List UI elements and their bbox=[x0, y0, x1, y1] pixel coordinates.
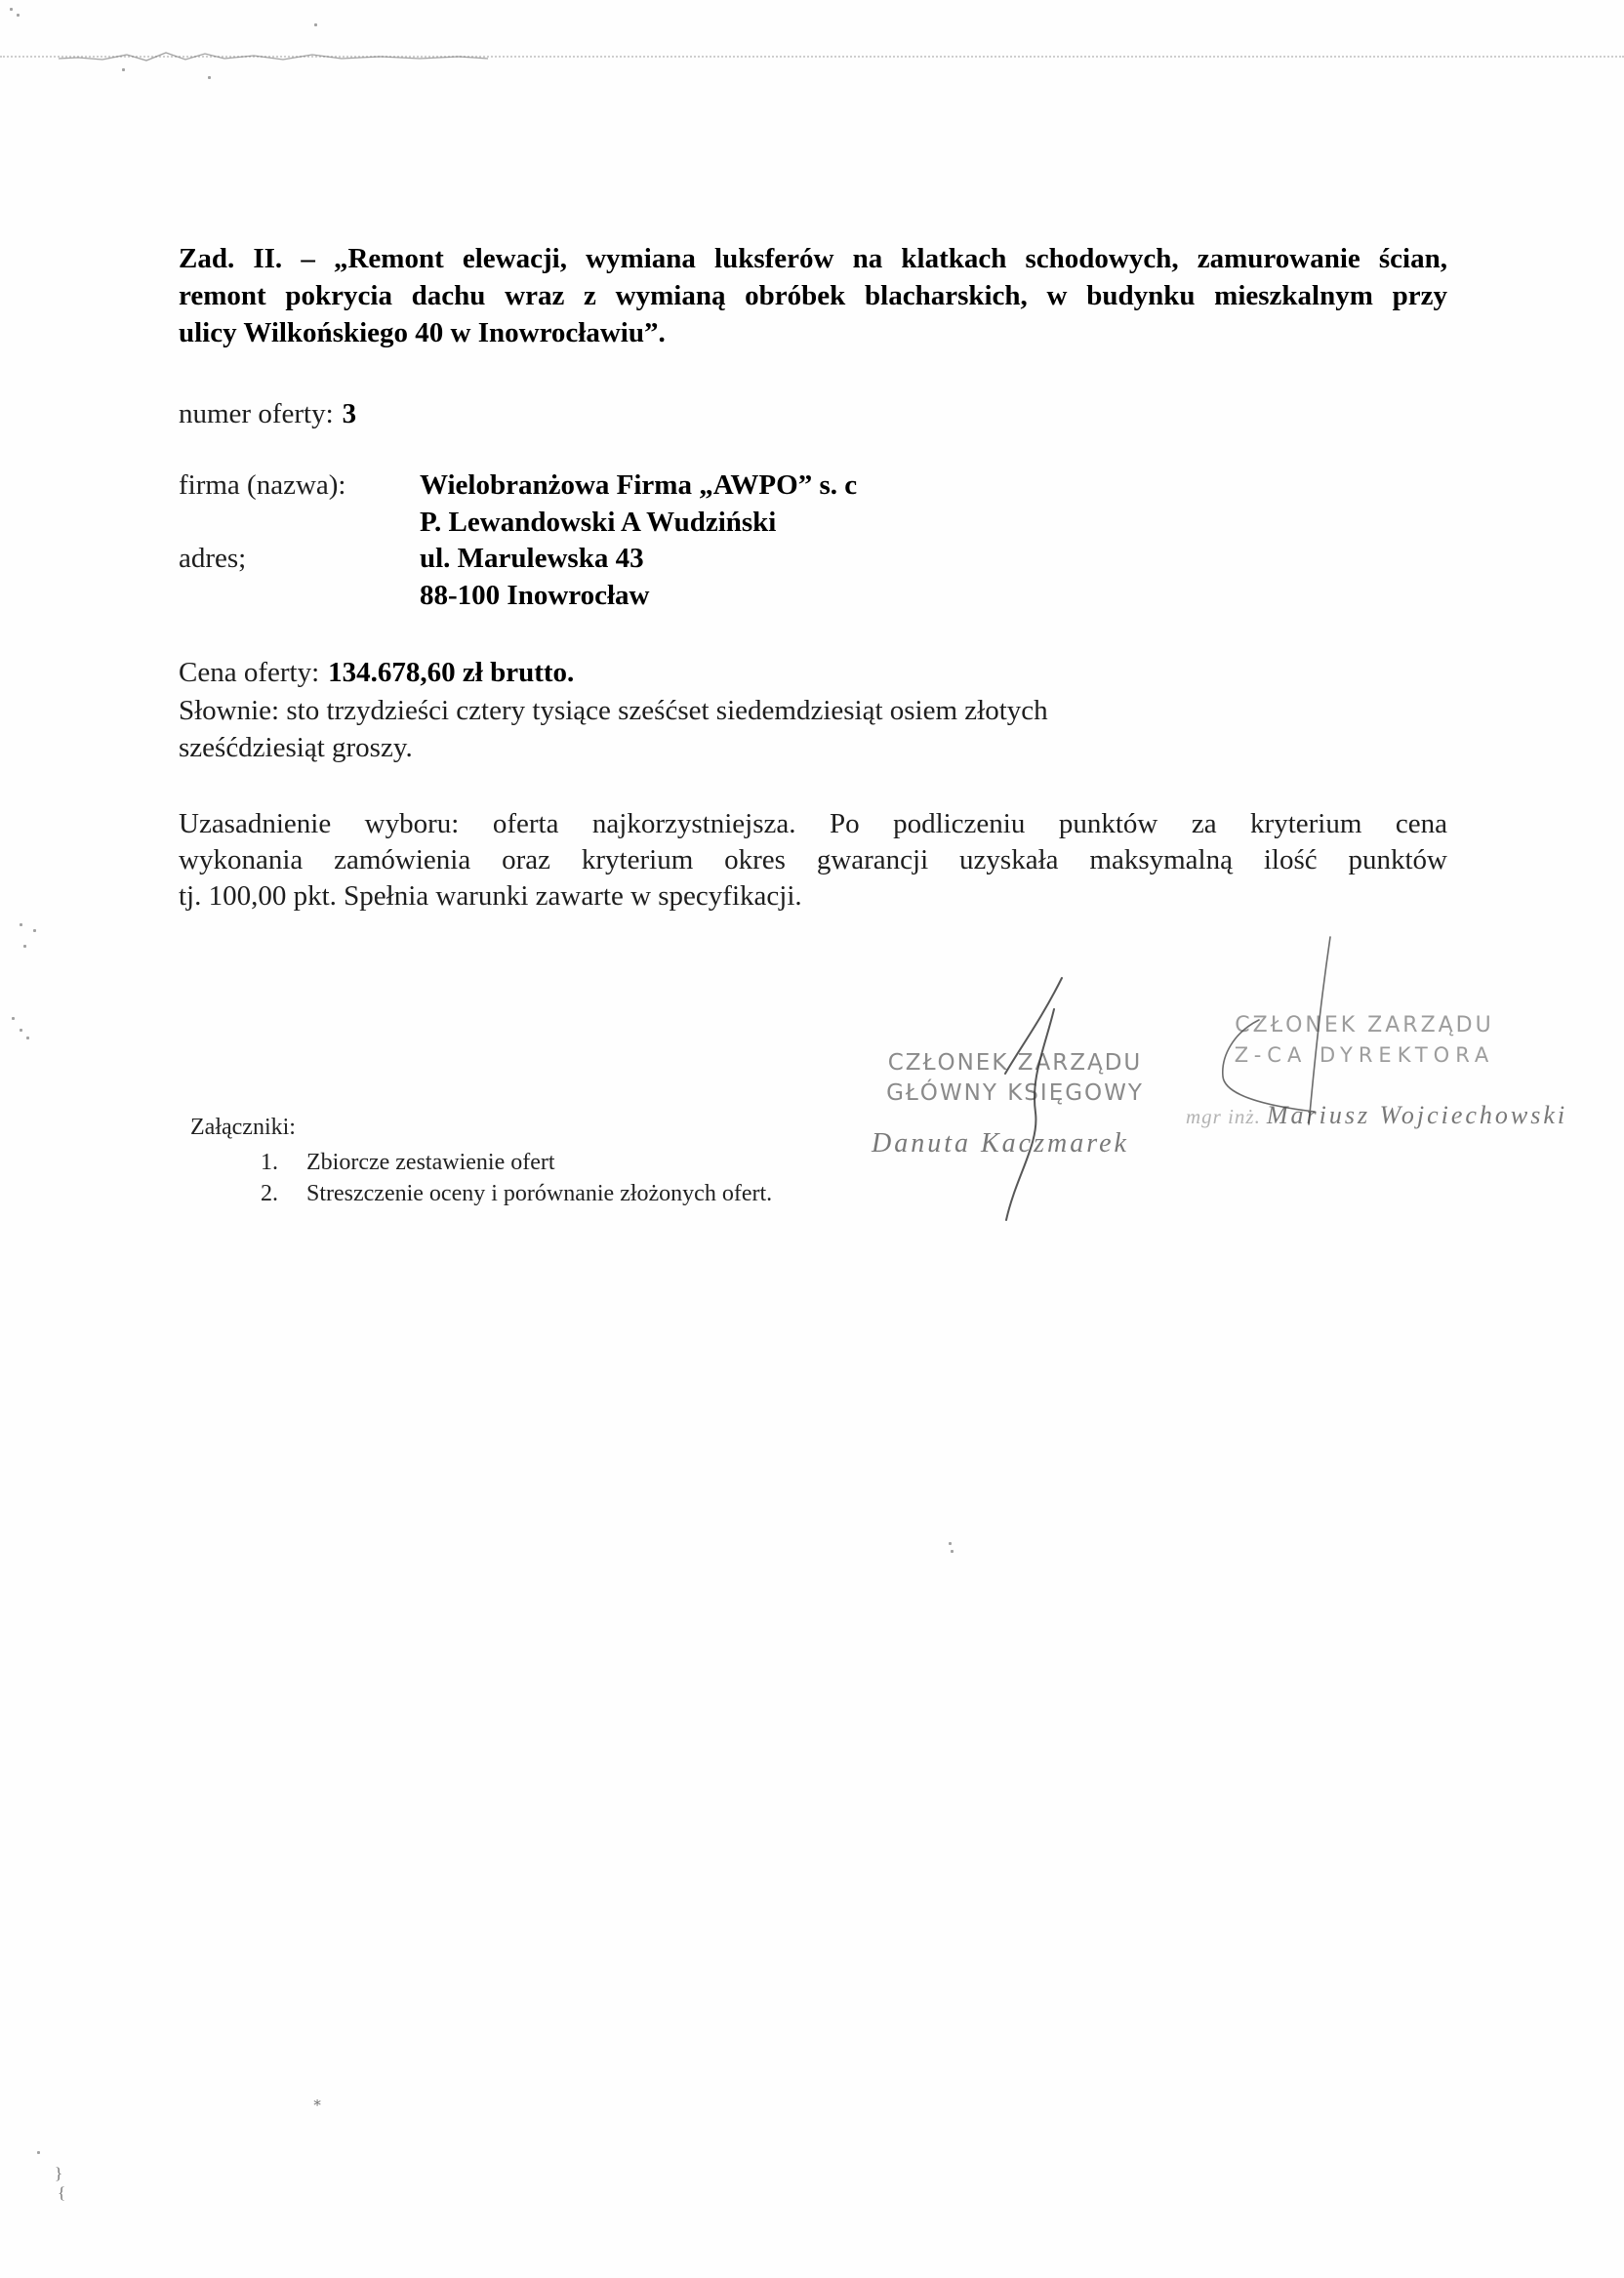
scan-speck bbox=[208, 76, 211, 79]
scan-speck bbox=[37, 2151, 40, 2154]
justification-line: wykonania zamówienia oraz kryterium okre… bbox=[179, 842, 1447, 878]
company-row: adres; ul. Marulewska 43 bbox=[179, 541, 1447, 578]
scan-speck bbox=[23, 945, 26, 948]
price-label: Cena oferty: bbox=[179, 657, 319, 688]
stamp-right-line1: CZŁONEK ZARZĄDU bbox=[1208, 1011, 1521, 1040]
offer-number-value: 3 bbox=[343, 398, 357, 429]
scan-speck bbox=[20, 1029, 22, 1032]
attachments-label: Załączniki: bbox=[190, 1113, 772, 1142]
signature-name-right-prefix: mgr inż. bbox=[1186, 1105, 1261, 1128]
justification-line: Uzasadnienie wyboru: oferta najkorzystni… bbox=[179, 806, 1447, 842]
stamp-right: CZŁONEK ZARZĄDU Z-CA DYREKTORA bbox=[1208, 1011, 1521, 1070]
attachment-item: 1. Zbiorcze zestawienie ofert bbox=[190, 1147, 772, 1178]
attachment-item-number: 2. bbox=[261, 1178, 306, 1209]
scan-asterisk-mark: ∗ bbox=[312, 2096, 322, 2111]
stamp-right-line2: Z-CA DYREKTORA bbox=[1208, 1040, 1521, 1070]
document-page: ∗ } { Zad. II. – „Remont elewacji, wymia… bbox=[0, 0, 1624, 2278]
price-line: Cena oferty:134.678,60 zł brutto. bbox=[179, 654, 1447, 692]
company-row: P. Lewandowski A Wudziński bbox=[179, 505, 1447, 542]
signature-name-right: mgr inż.Mariusz Wojciechowski bbox=[1186, 1101, 1557, 1130]
stamp-left-line2: GŁÓWNY KSIĘGOWY bbox=[859, 1078, 1171, 1109]
scan-speck bbox=[26, 1037, 29, 1039]
stamp-left: CZŁONEK ZARZĄDU GŁÓWNY KSIĘGOWY bbox=[859, 1048, 1171, 1109]
task-heading-line: Zad. II. – „Remont elewacji, wymiana luk… bbox=[179, 240, 1447, 277]
company-name-line2: P. Lewandowski A Wudziński bbox=[420, 505, 776, 542]
attachment-item-number: 1. bbox=[261, 1147, 306, 1178]
scan-speck bbox=[10, 8, 13, 11]
attachment-item-text: Zbiorcze zestawienie ofert bbox=[306, 1147, 555, 1178]
company-label: firma (nazwa): bbox=[179, 468, 420, 505]
scan-speck bbox=[949, 1542, 952, 1545]
scan-speck bbox=[122, 68, 125, 71]
company-row: 88-100 Inowrocław bbox=[179, 578, 1447, 615]
signature-stroke-left-vertical bbox=[1006, 1009, 1054, 1220]
task-heading-line: ulicy Wilkońskiego 40 w Inowrocławiu”. bbox=[179, 314, 1447, 351]
company-row: firma (nazwa): Wielobranżowa Firma „AWPO… bbox=[179, 468, 1447, 505]
attachment-item: 2. Streszczenie oceny i porównanie złożo… bbox=[190, 1178, 772, 1209]
price-value: 134.678,60 zł brutto. bbox=[328, 657, 574, 688]
scan-speck bbox=[12, 1017, 15, 1020]
offer-number-label: numer oferty: bbox=[179, 398, 334, 429]
stamp-left-line1: CZŁONEK ZARZĄDU bbox=[859, 1048, 1171, 1078]
offer-number-line: numer oferty:3 bbox=[179, 395, 356, 432]
scan-speck bbox=[20, 923, 22, 926]
justification-paragraph: Uzasadnienie wyboru: oferta najkorzystni… bbox=[179, 806, 1447, 915]
task-heading: Zad. II. – „Remont elewacji, wymiana luk… bbox=[179, 240, 1447, 351]
justification-line: tj. 100,00 pkt. Spełnia warunki zawarte … bbox=[179, 878, 1447, 915]
signature-name-right-text: Mariusz Wojciechowski bbox=[1267, 1101, 1567, 1129]
attachment-item-text: Streszczenie oceny i porównanie złożonyc… bbox=[306, 1178, 772, 1209]
price-words-line1: Słownie: sto trzydzieści cztery tysiące … bbox=[179, 692, 1447, 730]
company-block: firma (nazwa): Wielobranżowa Firma „AWPO… bbox=[179, 468, 1447, 614]
company-name-line1: Wielobranżowa Firma „AWPO” s. c bbox=[420, 468, 857, 505]
address-line2: 88-100 Inowrocław bbox=[420, 578, 649, 615]
signature-name-left: Danuta Kaczmarek bbox=[872, 1128, 1174, 1159]
attachments-block: Załączniki: 1. Zbiorcze zestawienie ofer… bbox=[190, 1113, 772, 1209]
price-words-line2: sześćdziesiąt groszy. bbox=[179, 729, 1447, 767]
scan-artifact-squiggle bbox=[59, 47, 488, 68]
address-line1: ul. Marulewska 43 bbox=[420, 541, 644, 578]
scan-speck bbox=[33, 929, 36, 932]
scan-brace-mark: { bbox=[58, 2184, 65, 2201]
task-heading-line: remont pokrycia dachu wraz z wymianą obr… bbox=[179, 277, 1447, 314]
price-block: Cena oferty:134.678,60 zł brutto. Słowni… bbox=[179, 654, 1447, 767]
scan-speck bbox=[314, 23, 317, 26]
scan-speck bbox=[17, 14, 20, 17]
scan-speck bbox=[951, 1550, 954, 1553]
attachments-list: 1. Zbiorcze zestawienie ofert 2. Streszc… bbox=[190, 1147, 772, 1209]
scan-brace-mark: } bbox=[55, 2165, 62, 2181]
address-label: adres; bbox=[179, 541, 420, 578]
